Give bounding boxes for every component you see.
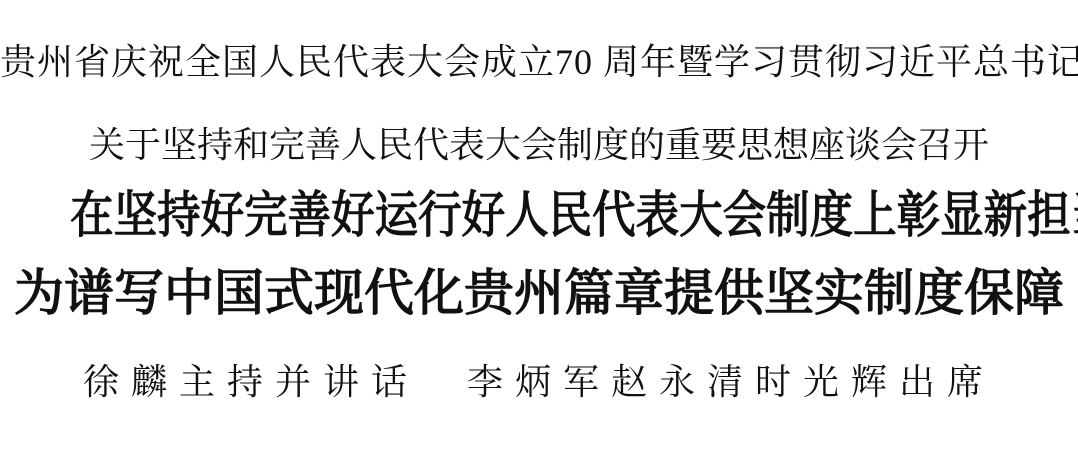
main-headline-line-1: 在坚持好完善好运行好人民代表大会制度上彰显新担当	[70, 190, 1008, 240]
byline: 徐麟主持并讲话 李炳军赵永清时光辉出席	[0, 364, 1078, 400]
main-headline-line-2: 为谱写中国式现代化贵州篇章提供坚实制度保障	[0, 268, 1078, 318]
kicker-line-1: 贵州省庆祝全国人民代表大会成立70 周年暨学习贯彻习近平总书记	[0, 44, 1078, 80]
kicker-line-2: 关于坚持和完善人民代表大会制度的重要思想座谈会召开	[0, 127, 1078, 163]
headline-card: 贵州省庆祝全国人民代表大会成立70 周年暨学习贯彻习近平总书记 关于坚持和完善人…	[0, 0, 1078, 451]
